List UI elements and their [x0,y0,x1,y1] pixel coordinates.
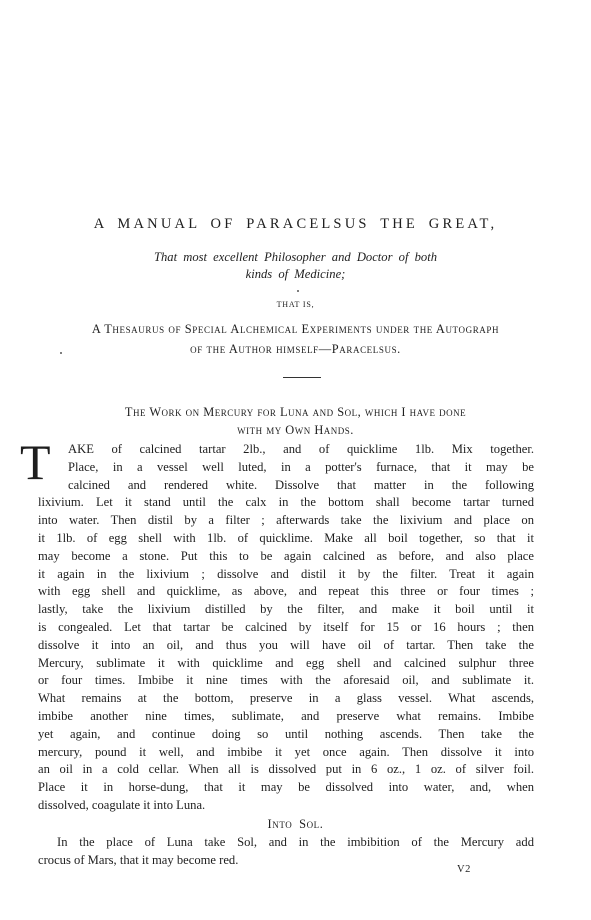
text-line: What remains at the bottom, preserve in … [38,690,534,708]
text-line: is congealed. Let that tartar be calcine… [38,619,534,637]
text-line: yet again, and continue doing so until n… [38,726,534,744]
text-line: Place it in horse-dung, that it may be d… [38,779,534,797]
subtitle-line: That most excellent Philosopher and Doct… [0,249,591,266]
drop-cap: T [20,440,51,484]
text-line: into water. Then distil by a filter ; af… [38,512,534,530]
text-line: mercury, pound it well, and imbibe it ye… [38,744,534,762]
print-speck [60,352,62,354]
print-speck [297,290,299,292]
text-line: Place, in a vessel well luted, in a pott… [48,459,534,477]
thesaurus-line: A Thesaurus of Special Alchemical Experi… [0,319,591,339]
section-heading-line: The Work on Mercury for Luna and Sol, wh… [0,403,591,421]
signature-mark: V2 [457,864,471,875]
subheading-into-sol: Into Sol. [0,817,591,832]
document-page: A MANUAL OF PARACELSUS THE GREAT, That m… [0,0,591,920]
text-line: dissolved, coagulate it into Luna. [38,797,534,815]
section-heading-line: with my Own Hands. [0,421,591,439]
section-heading: The Work on Mercury for Luna and Sol, wh… [0,403,591,439]
text-line: it again in the lixivium ; dissolve and … [38,566,534,584]
text-line: calcined and rendered white. Dissolve th… [48,477,534,495]
paragraph-1: AKE of calcined tartar 2lb., and of quic… [48,441,534,815]
text-line: dissolve it into an oil, and thus you wi… [38,637,534,655]
text-line: may become a stone. Put this to be again… [38,548,534,566]
subtitle: That most excellent Philosopher and Doct… [0,249,591,283]
text-line: lastly, take the lixivium distilled by t… [38,601,534,619]
thesaurus-heading: A Thesaurus of Special Alchemical Experi… [0,319,591,359]
thesaurus-line: of the Author himself—Paracelsus. [0,339,591,359]
text-line: or four times. Imbibe it nine times with… [38,672,534,690]
text-line: AKE of calcined tartar 2lb., and of quic… [48,441,534,459]
subtitle-line: kinds of Medicine; [0,266,591,283]
text-line: with egg shell and quicklime, as above, … [38,583,534,601]
text-line: In the place of Luna take Sol, and in th… [38,834,534,852]
text-line: it 1lb. of egg shell with 1lb. of quickl… [38,530,534,548]
that-is-label: THAT IS, [0,300,591,309]
text-line: Mercury, sublimate it with quicklime and… [38,655,534,673]
text-line: imbibe another nine times, sublimate, an… [38,708,534,726]
page-title: A MANUAL OF PARACELSUS THE GREAT, [0,216,591,233]
text-line: lixivium. Let it stand until the calx in… [38,494,534,512]
ornamental-rule [283,377,321,378]
text-line: an oil in a cold cellar. When all is dis… [38,761,534,779]
